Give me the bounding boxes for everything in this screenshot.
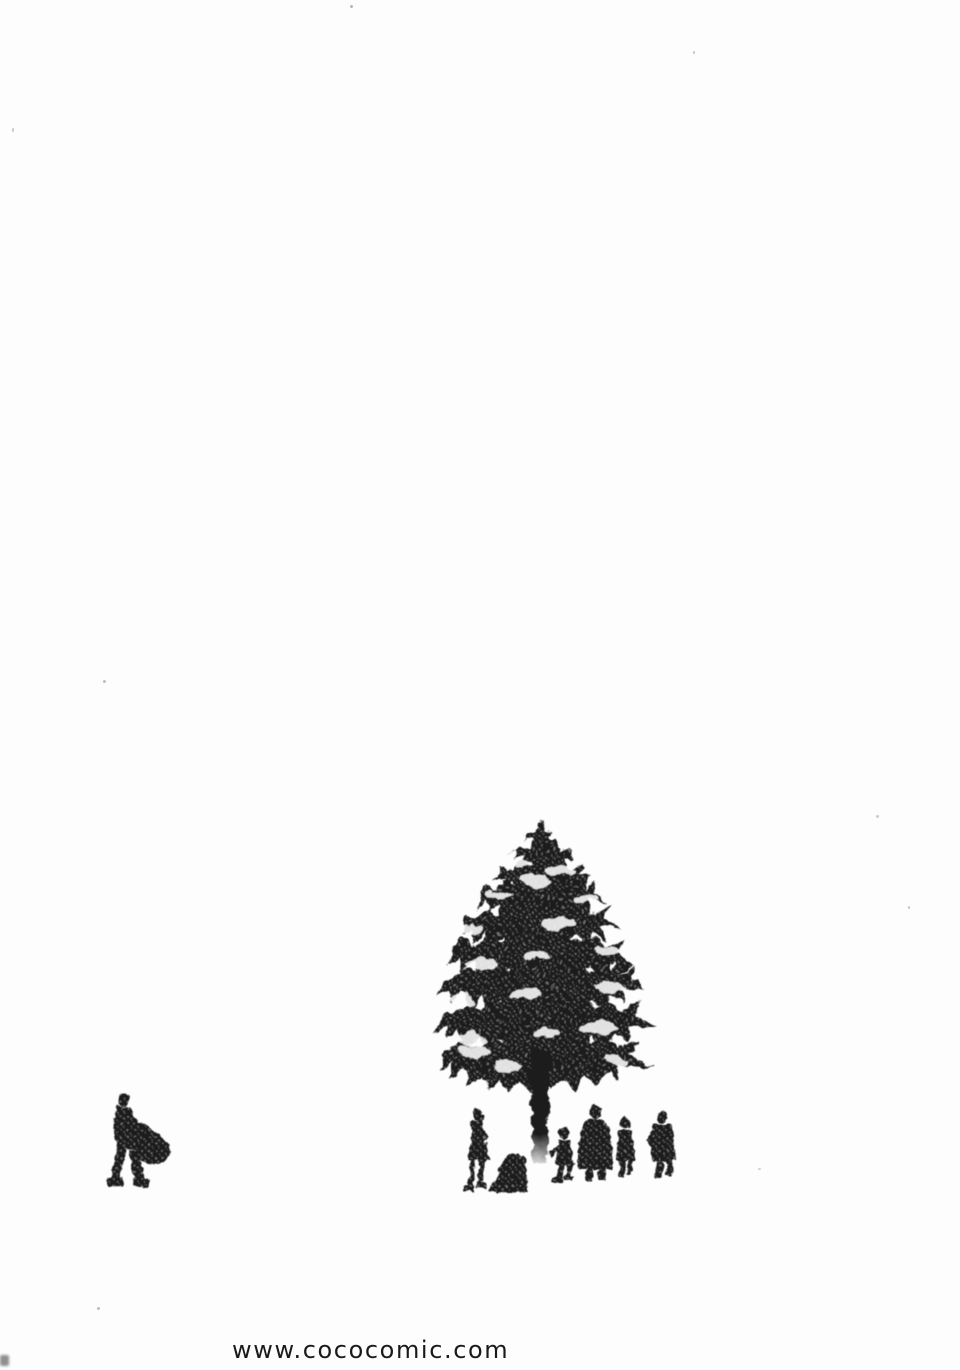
silhouette-woman-walking	[463, 1108, 489, 1191]
pine-tree-illustration	[433, 820, 656, 1163]
silhouette-man-in-coat-right	[646, 1111, 676, 1178]
scan-smudge	[0, 1355, 9, 1366]
silhouette-woman-in-coat	[616, 1117, 635, 1177]
tree-trunk	[530, 1052, 550, 1163]
watermark-url: www.cococomic.com	[232, 1336, 509, 1364]
silhouette-child	[549, 1127, 574, 1182]
manga-page: www.cococomic.com	[0, 0, 960, 1370]
silhouette-person-bowing	[488, 1153, 528, 1193]
scan-speck	[693, 51, 695, 54]
scan-speck	[350, 5, 353, 8]
silhouette-large-man-in-coat	[578, 1105, 613, 1181]
scan-speck	[97, 1307, 100, 1310]
scan-speck	[758, 1168, 761, 1170]
illustration-canvas	[0, 0, 960, 1370]
scan-speck	[876, 815, 879, 818]
silhouette-man-walking-away-left	[107, 1094, 170, 1188]
scan-speck	[103, 680, 106, 683]
scan-speck	[12, 128, 14, 132]
scan-speck	[908, 906, 910, 909]
